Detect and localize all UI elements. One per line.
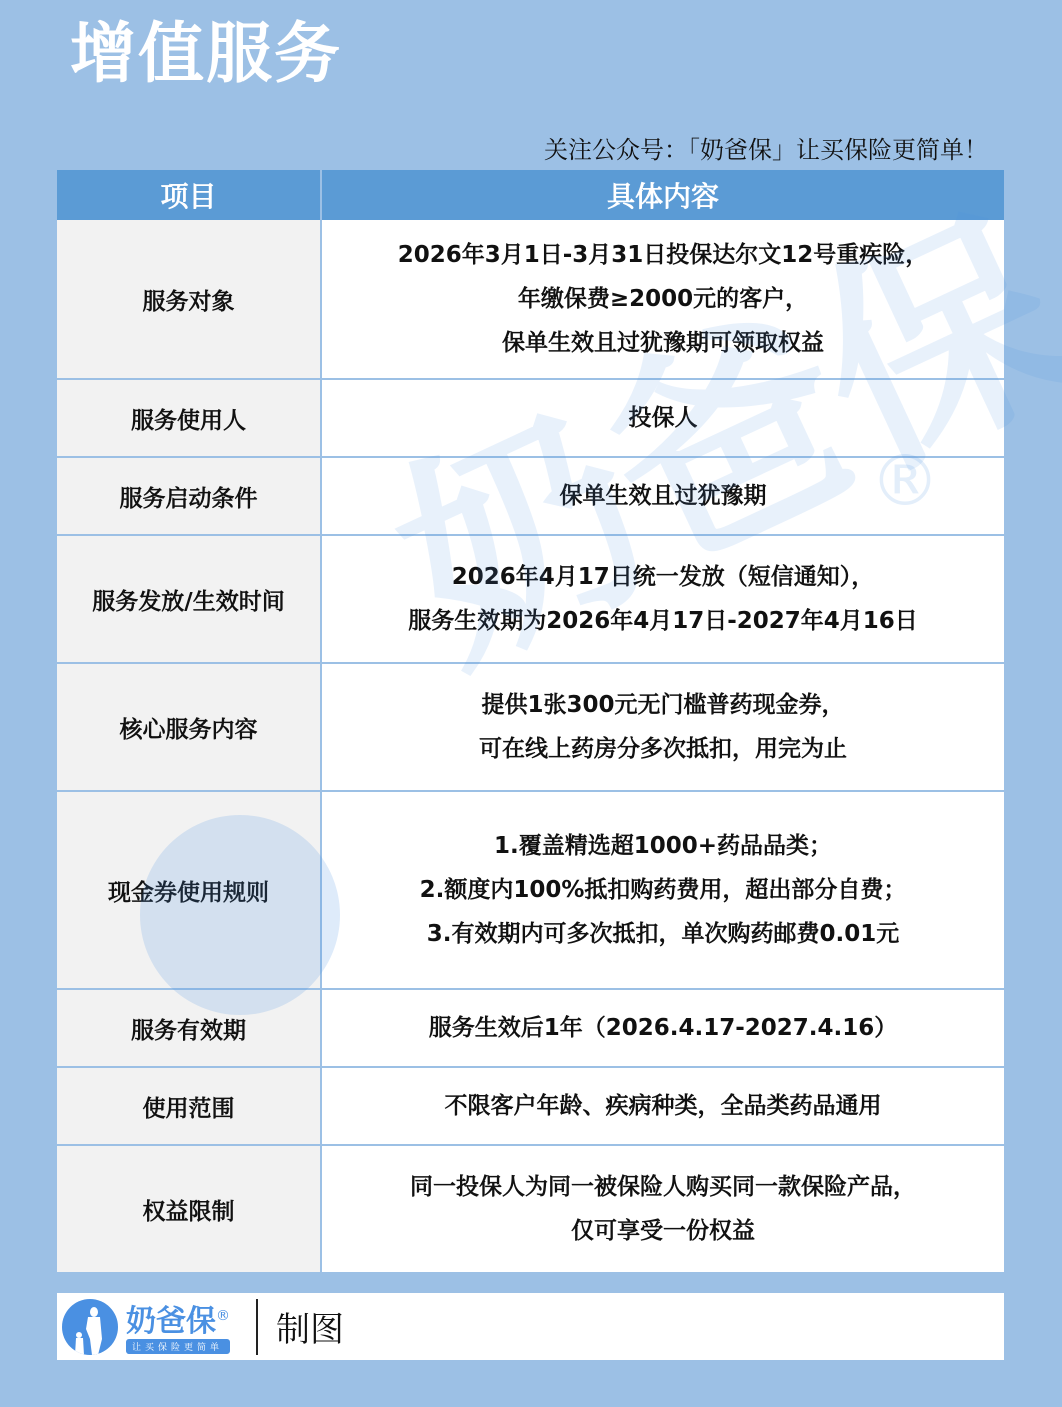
brand-name: 奶爸保 xyxy=(126,1304,216,1339)
row-label: 服务对象 xyxy=(57,220,322,378)
row-label: 服务发放/生效时间 xyxy=(57,536,322,662)
content-line: 1.覆盖精选超1000+药品品类； xyxy=(494,824,832,868)
footer: 奶爸保® 让买保险更简单 制图 xyxy=(57,1293,1004,1360)
row-label: 现金券使用规则 xyxy=(57,792,322,988)
row-label: 使用范围 xyxy=(57,1068,322,1144)
table-row: 服务发放/生效时间2026年4月17日统一发放（短信通知），服务生效期为2026… xyxy=(57,536,1004,664)
content-line: 不限客户年龄、疾病种类，全品类药品通用 xyxy=(445,1084,882,1128)
content-line: 服务生效期为2026年4月17日-2027年4月16日 xyxy=(408,599,918,643)
made-by-label: 制图 xyxy=(276,1302,344,1351)
row-label: 权益限制 xyxy=(57,1146,322,1272)
row-label: 核心服务内容 xyxy=(57,664,322,790)
content-line: 3.有效期内可多次抵扣，单次购药邮费0.01元 xyxy=(427,912,900,956)
page-title: 增值服务 xyxy=(70,14,342,94)
table-row: 服务有效期服务生效后1年（2026.4.17-2027.4.16） xyxy=(57,990,1004,1068)
table-row: 服务启动条件保单生效且过犹豫期 xyxy=(57,458,1004,536)
row-content: 服务生效后1年（2026.4.17-2027.4.16） xyxy=(322,990,1004,1066)
row-label: 服务启动条件 xyxy=(57,458,322,534)
table-row: 服务对象2026年3月1日-3月31日投保达尔文12号重疾险，年缴保费≥2000… xyxy=(57,220,1004,380)
row-content: 投保人 xyxy=(322,380,1004,456)
service-table: 项目 具体内容 服务对象2026年3月1日-3月31日投保达尔文12号重疾险，年… xyxy=(57,170,1004,1274)
row-content: 保单生效且过犹豫期 xyxy=(322,458,1004,534)
content-line: 可在线上药房分多次抵扣，用完为止 xyxy=(479,727,847,771)
header-content: 具体内容 xyxy=(322,170,1004,220)
row-content: 提供1张300元无门槛普药现金券，可在线上药房分多次抵扣，用完为止 xyxy=(322,664,1004,790)
row-content: 1.覆盖精选超1000+药品品类；2.额度内100%抵扣购药费用，超出部分自费；… xyxy=(322,792,1004,988)
row-label: 服务使用人 xyxy=(57,380,322,456)
subtitle-follow-account: 关注公众号：「奶爸保」让买保险更简单！ xyxy=(544,134,988,166)
row-content: 2026年4月17日统一发放（短信通知），服务生效期为2026年4月17日-20… xyxy=(322,536,1004,662)
content-line: 2026年4月17日统一发放（短信通知）， xyxy=(452,555,875,599)
table-body: 服务对象2026年3月1日-3月31日投保达尔文12号重疾险，年缴保费≥2000… xyxy=(57,220,1004,1274)
content-line: 服务生效后1年（2026.4.17-2027.4.16） xyxy=(429,1006,898,1050)
row-content: 2026年3月1日-3月31日投保达尔文12号重疾险，年缴保费≥2000元的客户… xyxy=(322,220,1004,378)
table-row: 使用范围不限客户年龄、疾病种类，全品类药品通用 xyxy=(57,1068,1004,1146)
header-item: 项目 xyxy=(57,170,322,220)
brand-logo-icon xyxy=(62,1299,118,1355)
row-content: 不限客户年龄、疾病种类，全品类药品通用 xyxy=(322,1068,1004,1144)
table-row: 权益限制同一投保人为同一被保险人购买同一款保险产品，仅可享受一份权益 xyxy=(57,1146,1004,1274)
content-line: 2026年3月1日-3月31日投保达尔文12号重疾险， xyxy=(398,233,929,277)
content-line: 同一投保人为同一被保险人购买同一款保险产品， xyxy=(410,1165,916,1209)
content-line: 仅可享受一份权益 xyxy=(571,1209,755,1253)
content-line: 提供1张300元无门槛普药现金券， xyxy=(481,683,844,727)
content-line: 2.额度内100%抵扣购药费用，超出部分自费； xyxy=(420,868,907,912)
brand-tagline: 让买保险更简单 xyxy=(126,1339,230,1354)
registered-mark: ® xyxy=(216,1308,230,1324)
row-label: 服务有效期 xyxy=(57,990,322,1066)
content-line: 保单生效且过犹豫期 xyxy=(560,474,767,518)
row-content: 同一投保人为同一被保险人购买同一款保险产品，仅可享受一份权益 xyxy=(322,1146,1004,1272)
table-row: 核心服务内容提供1张300元无门槛普药现金券，可在线上药房分多次抵扣，用完为止 xyxy=(57,664,1004,792)
brand-logo: 奶爸保® 让买保险更简单 xyxy=(126,1299,230,1354)
table-header: 项目 具体内容 xyxy=(57,170,1004,220)
content-line: 年缴保费≥2000元的客户， xyxy=(518,277,808,321)
content-line: 保单生效且过犹豫期可领取权益 xyxy=(502,321,824,365)
table-row: 现金券使用规则1.覆盖精选超1000+药品品类；2.额度内100%抵扣购药费用，… xyxy=(57,792,1004,990)
content-line: 投保人 xyxy=(629,396,698,440)
divider xyxy=(256,1299,258,1355)
table-row: 服务使用人投保人 xyxy=(57,380,1004,458)
